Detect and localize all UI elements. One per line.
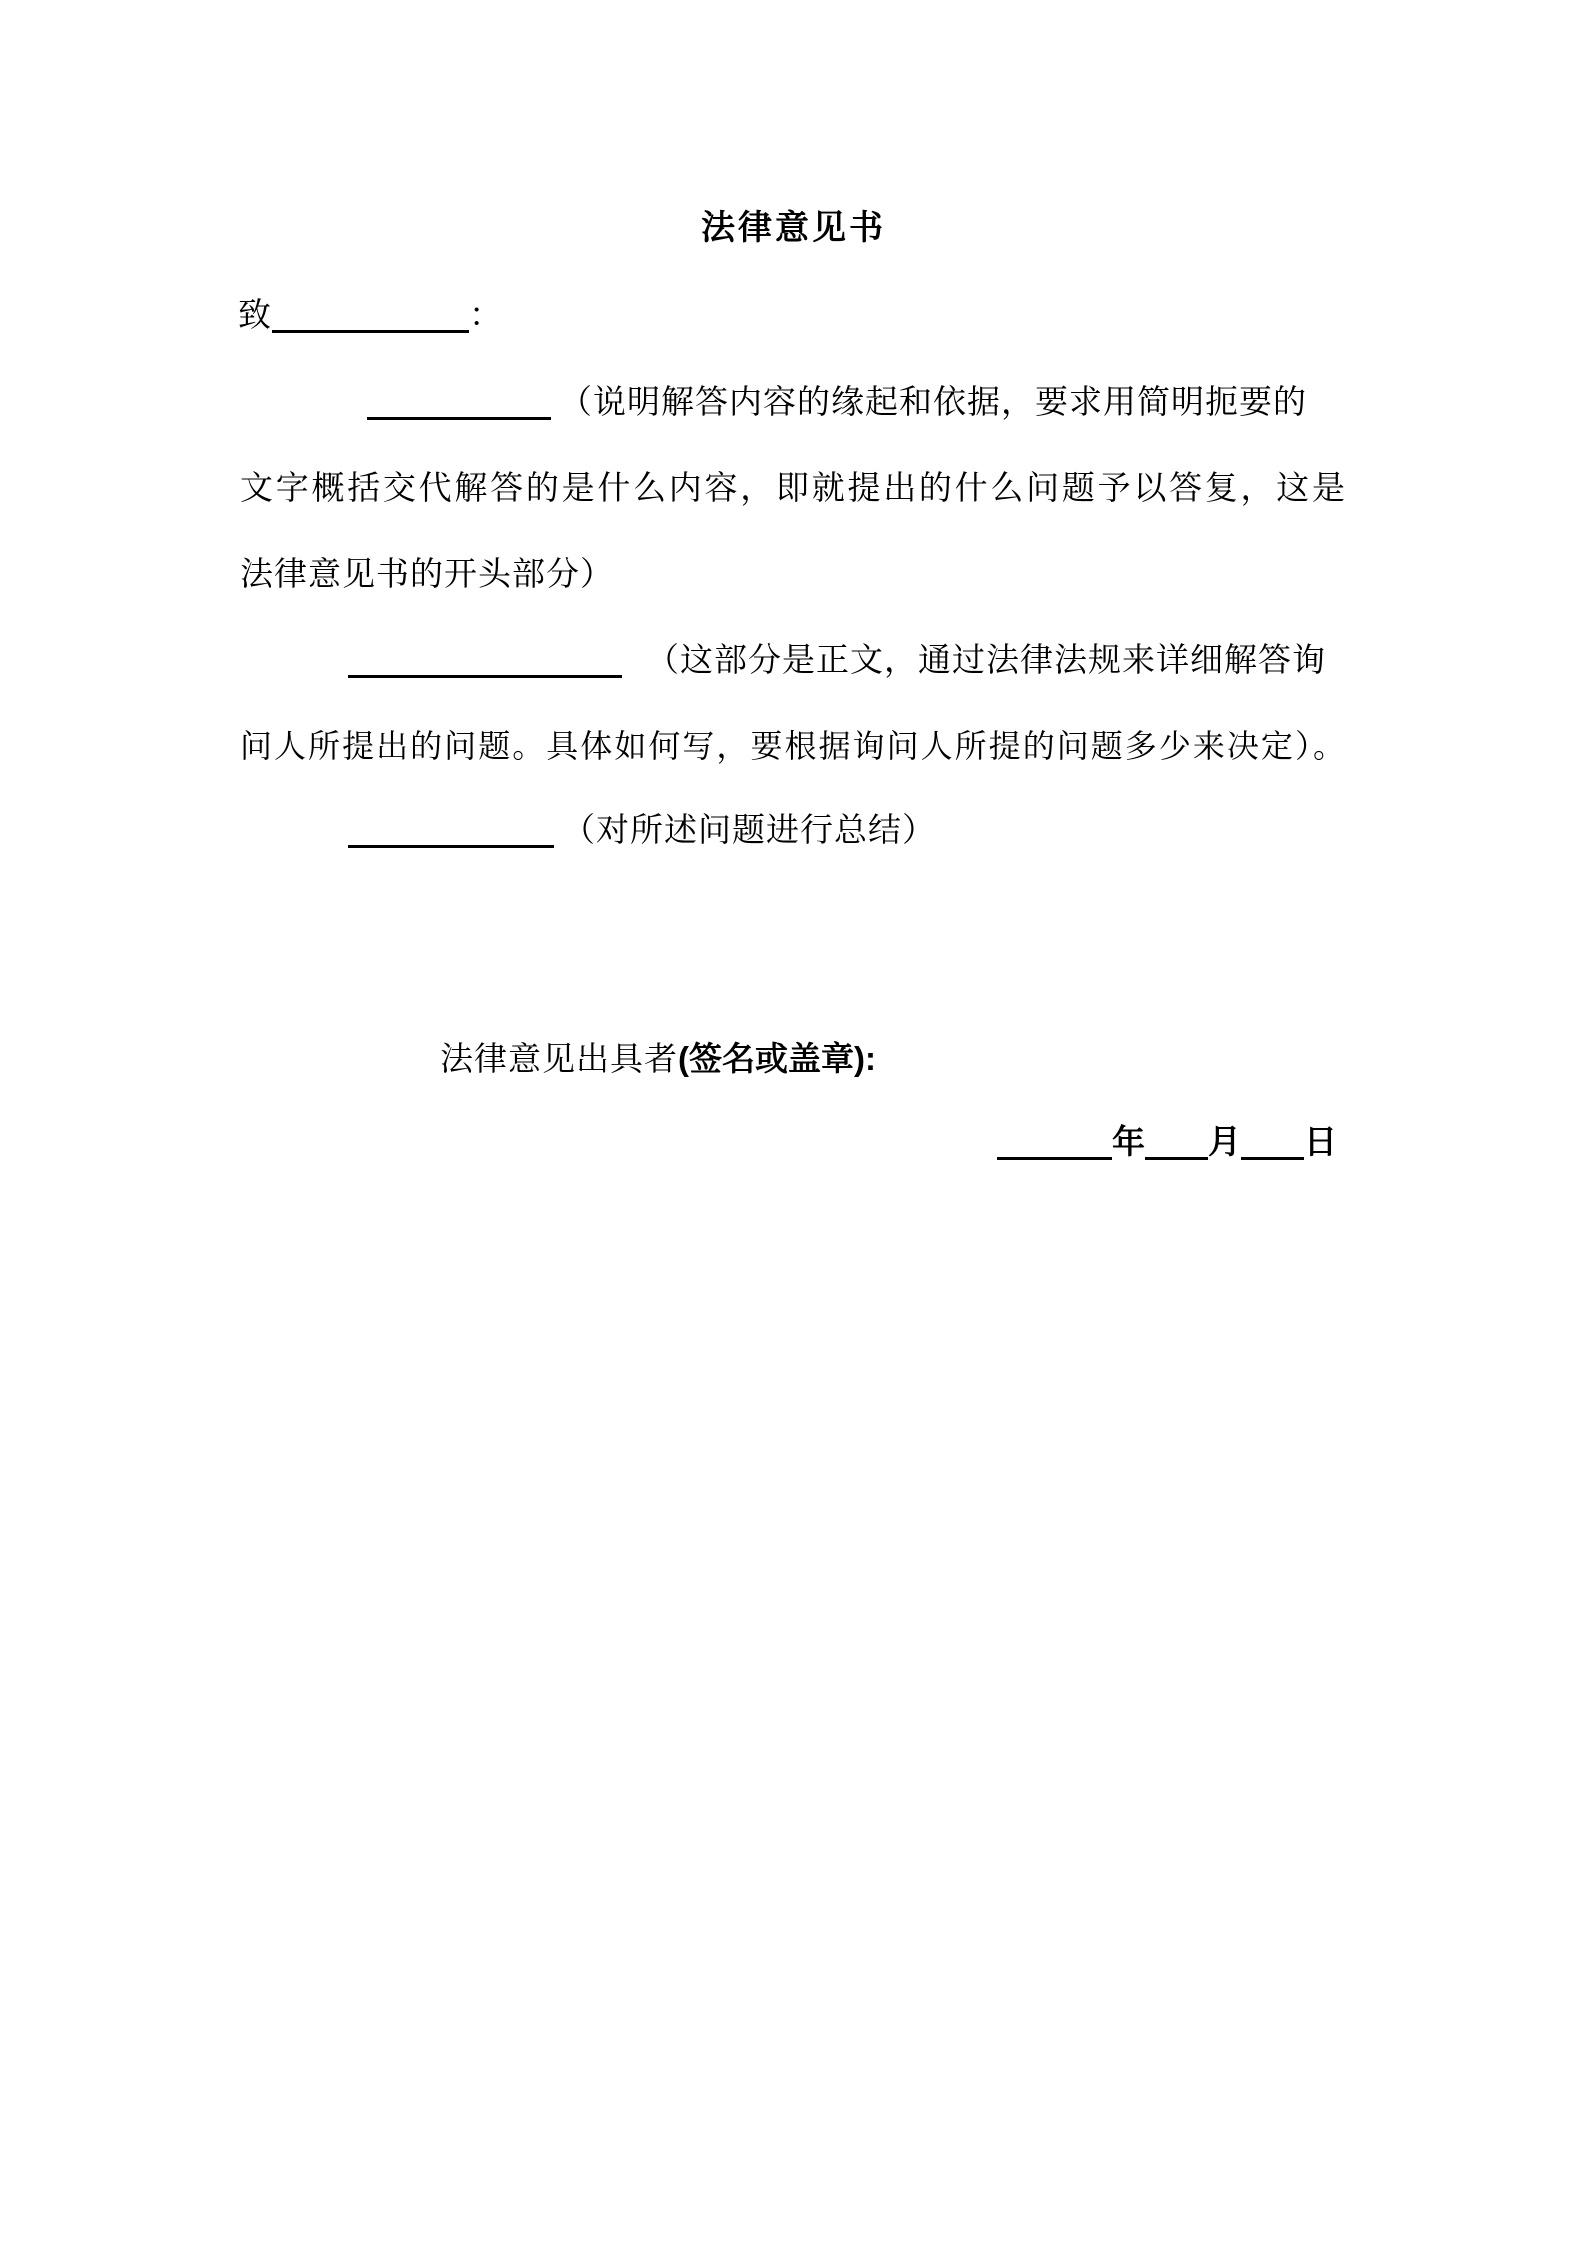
year-blank[interactable] [997,1123,1112,1160]
month-label: 月 [1208,1123,1241,1160]
salutation-prefix: 致 [238,298,272,334]
paragraph1-line1-text: （说明解答内容的缘起和依据，要求用简明扼要的 [559,385,1307,421]
date-line: 年月日 [997,1119,1337,1166]
day-blank[interactable] [1241,1123,1304,1160]
paragraph3-line1-text: （对所述问题进行总结） [562,813,936,849]
year-label: 年 [1112,1123,1145,1160]
paragraph3-line1: （对所述问题进行总结） [348,808,936,854]
document-page[interactable]: 法律意见书 致： （说明解答内容的缘起和依据，要求用简明扼要的 文字概括交代解答… [0,0,1587,2245]
body-blank[interactable] [348,641,622,678]
sign-or-seal-label: (签名或盖章): [678,1040,876,1077]
paragraph2-line1-text: （这部分是正文，通过法律法规来详细解答询 [646,643,1326,679]
paragraph2-line2: 问人所提出的问题。具体如何写，要根据询问人所提的问题多少来决定）。 [240,723,1345,769]
conclusion-blank[interactable] [348,811,554,848]
paragraph1-line3: 法律意见书的开头部分） [240,552,614,598]
signature-line: 法律意见出具者(签名或盖章): [440,1036,876,1083]
signature-issuer-label: 法律意见出具者 [440,1042,678,1078]
paragraph2-line1: （这部分是正文，通过法律法规来详细解答询 [348,638,1326,684]
paragraph1-line2: 文字概括交代解答的是什么内容，即就提出的什么问题予以答复，这是 [240,466,1345,512]
salutation-colon: ： [469,298,503,334]
month-blank[interactable] [1145,1123,1208,1160]
opening-blank[interactable] [367,383,551,420]
paragraph1-line1: （说明解答内容的缘起和依据，要求用简明扼要的 [367,380,1307,426]
document-title: 法律意见书 [0,205,1587,253]
recipient-blank[interactable] [272,296,469,333]
salutation-line: 致： [238,293,503,339]
day-label: 日 [1304,1123,1337,1160]
